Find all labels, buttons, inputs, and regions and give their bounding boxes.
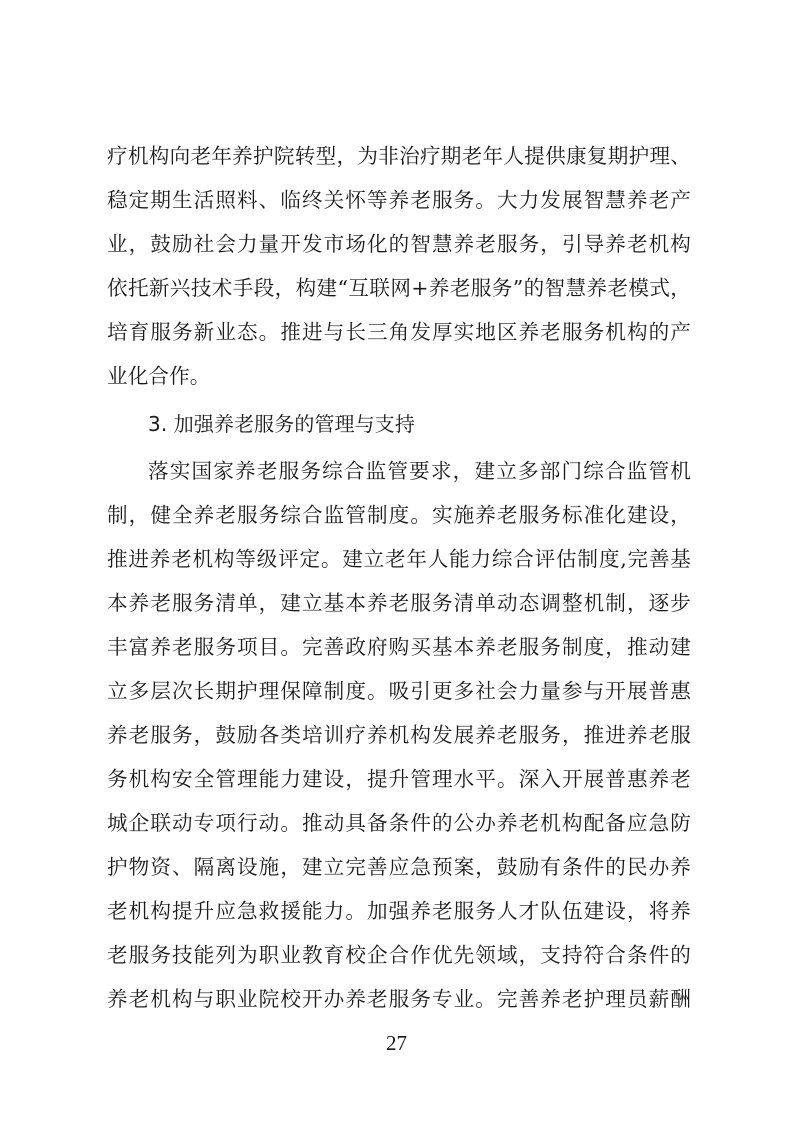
paragraph-line: 养老服务，鼓励各类培训疗养机构发展养老服务，推进养老服 [107, 720, 691, 750]
paragraph-line: 丰富养老服务项目。完善政府购买基本养老服务制度，推动建 [107, 632, 691, 662]
paragraph-line: 养老机构与职业院校开办养老服务专业。完善养老护理员薪酬 [107, 984, 691, 1014]
paragraph-line: 城企联动专项行动。推动具备条件的公办养老机构配备应急防 [107, 808, 691, 838]
paragraph-line: 护物资、隔离设施，建立完善应急预案，鼓励有条件的民办养 [107, 852, 691, 882]
paragraph-line: 制，健全养老服务综合监管制度。实施养老服务标准化建设， [107, 500, 691, 530]
section-heading: 3. 加强养老服务的管理与支持 [148, 409, 732, 439]
paragraph-line: 稳定期生活照料、临终关怀等养老服务。大力发展智慧养老产 [107, 185, 691, 215]
paragraph-line: 业，鼓励社会力量开发市场化的智慧养老服务，引导养老机构 [107, 229, 691, 259]
paragraph-line: 疗机构向老年养护院转型，为非治疗期老年人提供康复期护理、 [107, 141, 691, 171]
paragraph-line: 本养老服务清单，建立基本养老服务清单动态调整机制，逐步 [107, 588, 691, 618]
paragraph-line: 推进养老机构等级评定。建立老年人能力综合评估制度,完善基 [107, 544, 691, 574]
paragraph-line: 落实国家养老服务综合监管要求，建立多部门综合监管机 [148, 456, 691, 486]
paragraph-line: 立多层次长期护理保障制度。吸引更多社会力量参与开展普惠 [107, 676, 691, 706]
paragraph-line: 业化合作。 [107, 361, 691, 391]
paragraph-line: 老机构提升应急救援能力。加强养老服务人才队伍建设，将养 [107, 896, 691, 926]
document-page: 疗机构向老年养护院转型，为非治疗期老年人提供康复期护理、 稳定期生活照料、临终关… [0, 0, 793, 1122]
paragraph-line: 老服务技能列为职业教育校企合作优先领域，支持符合条件的 [107, 940, 691, 970]
page-number: 27 [0, 1031, 793, 1056]
paragraph-line: 务机构安全管理能力建设，提升管理水平。深入开展普惠养老 [107, 764, 691, 794]
paragraph-line: 培育服务新业态。推进与长三角发厚实地区养老服务机构的产 [107, 317, 691, 347]
paragraph-line: 依托新兴技术手段，构建“互联网+养老服务”的智慧养老模式， [107, 273, 691, 303]
